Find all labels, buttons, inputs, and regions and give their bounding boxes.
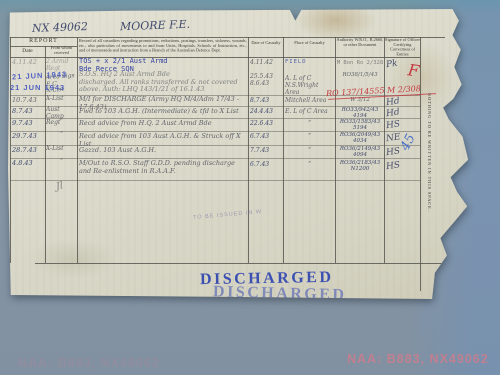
cell-place: ” <box>285 161 334 168</box>
cell-date: 10.7.43 <box>12 96 46 104</box>
cell-from: ” <box>46 132 77 139</box>
cell-casualty-date: 25.5.43 8.6.43 <box>250 73 283 87</box>
cell-date: 28.7.43 <box>12 146 46 154</box>
col-rule <box>10 37 11 263</box>
discharged-stamp-ghost: DISCHARGED <box>213 283 347 304</box>
col-rule <box>283 37 284 263</box>
cell-from: ” <box>46 159 77 166</box>
cell-authority: RO36/2149/43 4094 <box>336 146 384 158</box>
paper-stain <box>28 239 118 279</box>
cell-record: Gazzd. 103 Aust A.G.H. <box>79 147 251 155</box>
cell-casualty-date: 8.7.43 <box>250 97 283 104</box>
service-record-card: NX 49062 MOORE F.E. REPORT Date From who… <box>8 9 470 299</box>
col-rule <box>77 37 78 263</box>
cell-casualty-date: 6.7.43 <box>250 133 283 140</box>
cell-record: M/Out to R.S.O. Staff G.D.D. pending dis… <box>79 160 251 175</box>
to-be-issued-stamp: TO BE ISSUED IN W <box>193 209 262 221</box>
row-rule <box>10 180 420 181</box>
cell-authority: RO38/1/5/43 <box>336 72 384 78</box>
cell-casualty-date: 22.6.43 <box>250 120 283 127</box>
rule-bottom <box>35 263 448 264</box>
cell-from: X-List <box>46 146 77 153</box>
cell-from: X-List <box>46 96 77 103</box>
cell-authority: RO33/942/43 4194 <box>336 107 384 119</box>
cell-place: ” <box>285 120 334 127</box>
red-flourish: F <box>407 60 421 80</box>
cell-record: S.O.S. HQ 2 Aust Armd Bde discharged. Al… <box>79 71 251 94</box>
cell-authority: RO33/1583/43 5194 <box>336 119 384 131</box>
cell-place: ” <box>285 147 334 154</box>
cell-casualty-date: 4.11.42 <box>250 59 283 66</box>
naa-watermark: NAA: B883, NX49062 <box>347 352 489 366</box>
cell-record: Fwd to 103 A.G.H. (Intermediate) & tfd t… <box>79 108 251 116</box>
cell-authority: RO36/2049/43 4034 <box>336 132 384 144</box>
cell-place: ” <box>285 133 334 140</box>
soldier-name: MOORE F.E. <box>120 18 190 33</box>
date-received-stamp: 21 JUN 1943 <box>10 83 65 92</box>
stray-pencil-mark: Jl <box>55 180 64 192</box>
cell-signature: HS <box>385 158 419 172</box>
service-number: NX 49062 <box>32 20 88 35</box>
header-authority: Authority W.R.O., B.2660, or other Docum… <box>336 38 384 53</box>
header-place-of-casualty: Place of Casualty <box>284 41 335 49</box>
cell-authority: RO36/2183/43 N1200 <box>336 160 384 172</box>
cell-record: Recd advice from H.Q. 2 Aust Armd Bde <box>79 120 251 128</box>
col-rule <box>420 37 421 291</box>
cell-date: 4.8.43 <box>12 159 46 167</box>
cell-from: ” <box>46 119 77 126</box>
naa-watermark-ghost: NAA: B883, NX49062 <box>18 356 160 370</box>
cell-place: FIELD <box>285 59 334 66</box>
cell-casualty-date: 6.7.43 <box>250 161 283 168</box>
cell-date: 29.7.43 <box>12 132 46 140</box>
cell-date: 4.11.42 <box>12 58 46 66</box>
cell-date: 8.7.43 <box>12 107 46 115</box>
cell-casualty-date: 7.7.43 <box>250 147 283 154</box>
cell-date: 9.7.43 <box>12 119 46 127</box>
cell-authority: M Bon Ro 2/328 <box>336 60 384 66</box>
header-date-of-casualty: Date of Casualty <box>249 41 283 49</box>
header-report: REPORT <box>10 38 77 44</box>
cell-place: E. L of C Area <box>285 108 334 115</box>
paper-stain <box>295 7 377 41</box>
header-date: Date <box>10 48 45 54</box>
margin-vertical-note: NOTHING TO BE WRITTEN IN THIS SPACE. <box>427 93 432 212</box>
cell-casualty-date: 24.4.43 <box>250 108 283 115</box>
